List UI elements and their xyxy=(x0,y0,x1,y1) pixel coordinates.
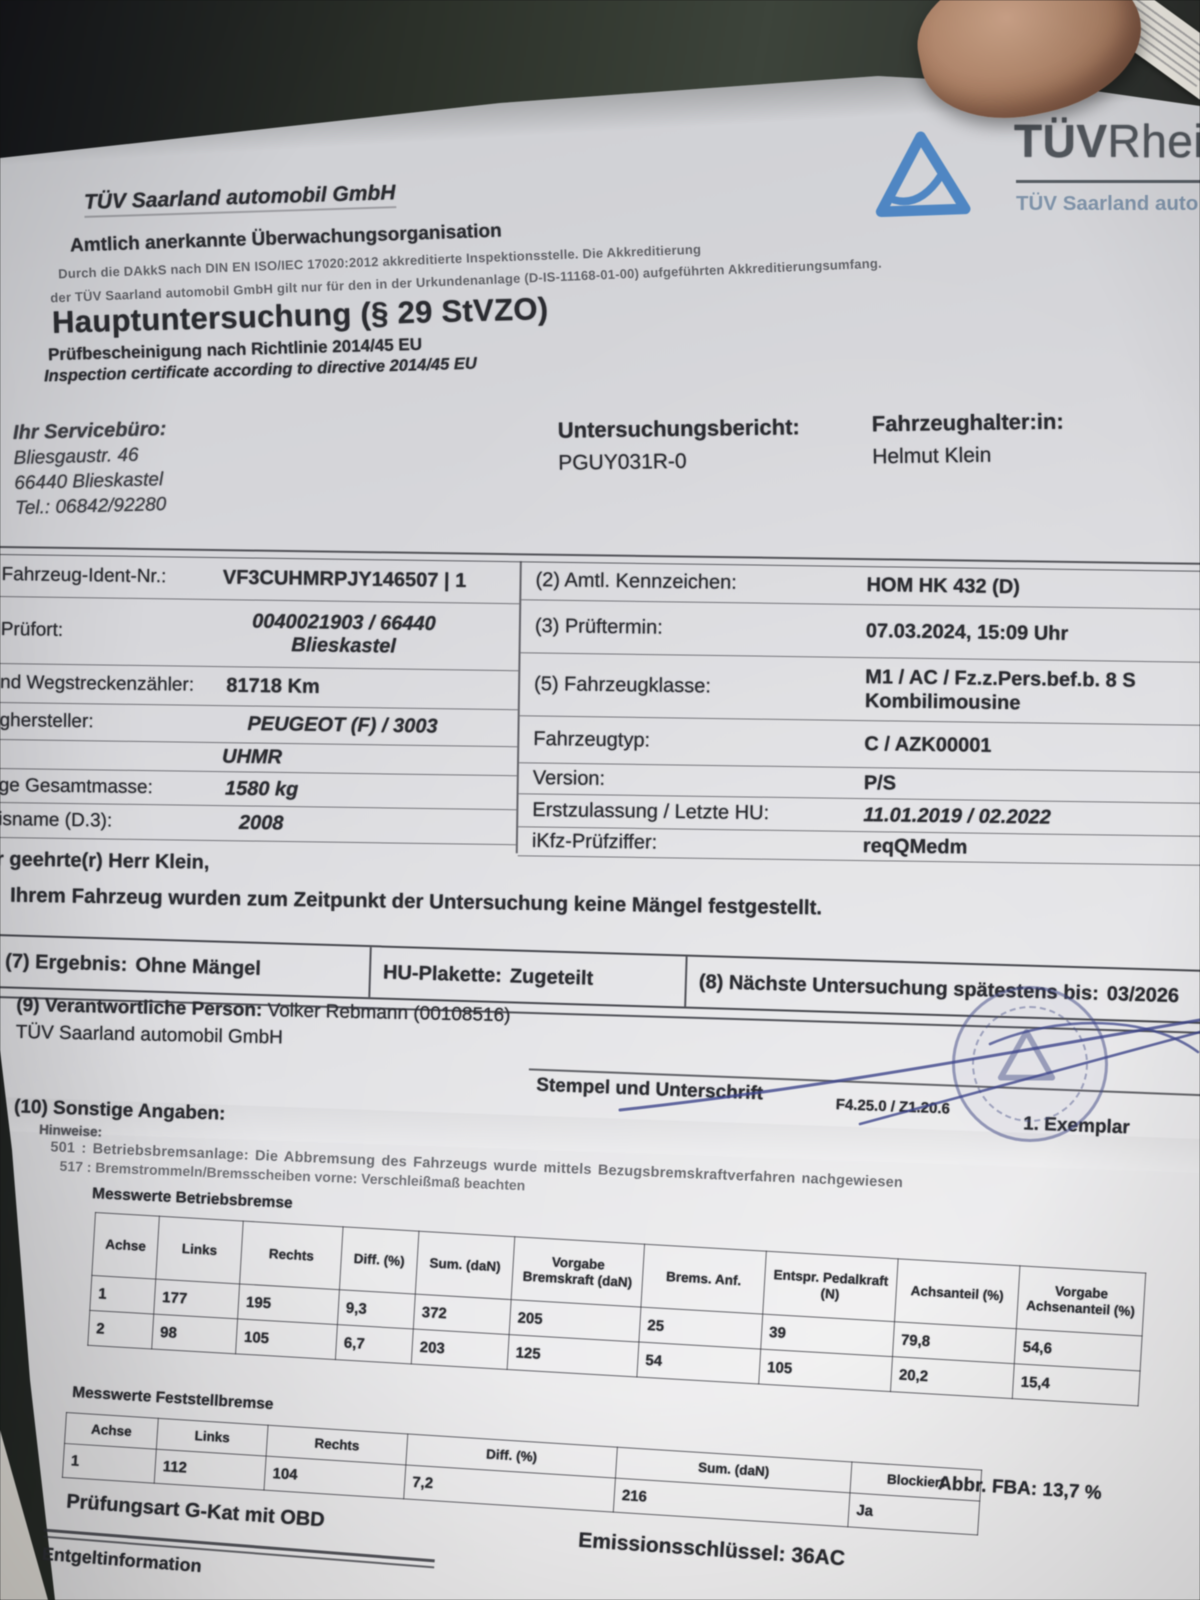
table-row: isname (D.3): 2008 xyxy=(0,803,516,845)
brand-rheinland: Rheinl xyxy=(1108,115,1200,167)
service-office-city: 66440 Blieskastel xyxy=(14,469,168,495)
report-label: Untersuchungsbericht: xyxy=(558,414,800,443)
trade-name-label: isname (D.3): xyxy=(0,809,112,833)
signature-strokes xyxy=(560,992,1200,1142)
version-value: P/S xyxy=(864,771,1200,800)
type-code-value: UHMR xyxy=(97,744,407,771)
cell: 105 xyxy=(236,1319,338,1360)
tuv-triangle-logo-icon xyxy=(872,128,971,224)
brand-tuv: TÜV xyxy=(1014,115,1108,167)
col-header: Brems. Anf. xyxy=(641,1244,766,1314)
cell: 112 xyxy=(154,1449,266,1490)
cell: 1 xyxy=(90,1275,156,1314)
plate-value: HOM HK 432 (D) xyxy=(866,573,1200,602)
report-number: PGUY031R-0 xyxy=(558,448,800,475)
plakette-value: Zugeteilt xyxy=(510,965,594,990)
result-value: Ohne Mängel xyxy=(135,954,261,981)
cell: 9,3 xyxy=(337,1290,415,1329)
cell: 20,2 xyxy=(890,1357,1014,1399)
vehicle-class-label: (5) Fahrzeugklasse: xyxy=(534,673,711,698)
service-office-label: Ihr Servicebüro: xyxy=(13,418,167,445)
vehicle-type-label: Fahrzeugtyp: xyxy=(533,728,650,753)
cell: 125 xyxy=(507,1335,639,1377)
col-header: Entspr. Pedalkraft (N) xyxy=(763,1251,898,1321)
holder-label: Fahrzeughalter:in: xyxy=(872,409,1064,438)
result-label: (7) Ergebnis: xyxy=(5,950,128,977)
odometer-value: 81718 Km xyxy=(118,673,428,700)
cell: 6,7 xyxy=(335,1325,413,1364)
pruefort-label: Prüfort: xyxy=(1,619,64,642)
responsible-person-block: (9) Verantwortliche Person: Volker Rebma… xyxy=(16,995,511,1054)
vehicle-table-right-column: (2) Amtl. Kennzeichen: HOM HK 432 (D) (3… xyxy=(518,561,1200,866)
holder-block: Fahrzeughalter:in: Helmut Klein xyxy=(872,409,1065,470)
col-header: Sum. (daN) xyxy=(415,1231,514,1299)
cell: 177 xyxy=(154,1279,240,1319)
greeting-line: r geehrte(r) Herr Klein, xyxy=(0,848,210,874)
responsible-label: (9) Verantwortliche Person: xyxy=(16,995,262,1021)
plakette-label: HU-Plakette: xyxy=(383,961,503,988)
cell: 195 xyxy=(238,1284,340,1325)
mass-value: 1580 kg xyxy=(106,776,416,803)
cell: 54 xyxy=(637,1342,761,1384)
test-date-label: (3) Prüftermin: xyxy=(535,615,663,640)
col-header: Achse xyxy=(92,1213,160,1280)
table-row: (5) Fahrzeugklasse: M1 / AC / Fz.z.Pers.… xyxy=(520,653,1200,726)
trade-name-value: 2008 xyxy=(106,810,416,837)
table-row: Fahrzeug-Ident-Nr.: VF3CUHMRPJY146507 | … xyxy=(0,554,520,604)
pruefort-value: 0040021903 / 66440Blieskastel xyxy=(188,610,499,660)
registration-label: Erstzulassung / Letzte HU: xyxy=(532,799,769,825)
holder-name: Helmut Klein xyxy=(872,443,1064,470)
vehicle-class-value: M1 / AC / Fz.z.Pers.bef.b. 8 SKombilimou… xyxy=(865,665,1200,718)
vin-value: VF3CUHMRPJY146507 | 1 xyxy=(189,566,499,593)
vehicle-table-left-column: Fahrzeug-Ident-Nr.: VF3CUHMRPJY146507 | … xyxy=(0,554,520,845)
service-office-block: Ihr Servicebüro: Bliesgaustr. 46 66440 B… xyxy=(13,418,169,523)
service-office-street: Bliesgaustr. 46 xyxy=(13,444,167,470)
vehicle-type-value: C / AZK00001 xyxy=(864,732,1200,761)
table-row: Prüfort: 0040021903 / 66440Blieskastel xyxy=(0,597,519,671)
service-office-phone: Tel.: 06842/92280 xyxy=(15,494,169,520)
ikfz-label: iKfz-Prüfziffer: xyxy=(532,830,658,855)
ikfz-value: reqQMedm xyxy=(863,834,1200,863)
plate-label: (2) Amtl. Kennzeichen: xyxy=(535,569,737,595)
brand-divider xyxy=(1016,180,1200,183)
cell: 15,4 xyxy=(1012,1364,1140,1406)
cell: 2 xyxy=(88,1310,154,1349)
responsible-name: Volker Rebmann (00108516) xyxy=(267,1000,510,1026)
manufacturer-value: PEUGEOT (F) / 3003 xyxy=(187,712,497,739)
manufacturer-label: ghersteller: xyxy=(0,710,94,733)
vin-label: Fahrzeug-Ident-Nr.: xyxy=(1,564,166,588)
col-header: Links xyxy=(156,1216,243,1284)
col-header: Vorgabe Achsenanteil (%) xyxy=(1016,1266,1145,1336)
report-block: Untersuchungsbericht: PGUY031R-0 xyxy=(558,414,801,475)
col-header: Vorgabe Bremskraft (daN) xyxy=(511,1237,644,1307)
col-header: Achsanteil (%) xyxy=(895,1259,1020,1329)
inspection-certificate-photo: TÜVRheinl TÜV Saarland auto TÜV Saarland… xyxy=(0,0,1200,1600)
brand-wordmark: TÜVRheinl xyxy=(1014,114,1200,168)
col-header: Diff. (%) xyxy=(339,1227,419,1294)
cell: 98 xyxy=(152,1314,238,1354)
col-header: Rechts xyxy=(240,1221,343,1290)
emission-key-value: 36AC xyxy=(791,1544,846,1571)
cell: 203 xyxy=(411,1329,509,1369)
result-cell: (7) Ergebnis: Ohne Mängel xyxy=(0,936,370,997)
brand-subline: TÜV Saarland auto xyxy=(1016,192,1198,216)
cell: 372 xyxy=(413,1294,511,1334)
cell: 105 xyxy=(759,1349,893,1392)
registration-value: 11.01.2019 / 02.2022 xyxy=(863,803,1200,832)
version-label: Version: xyxy=(533,767,606,791)
test-date-value: 07.03.2024, 15:09 Uhr xyxy=(866,619,1200,648)
cell: 1 xyxy=(62,1443,156,1483)
